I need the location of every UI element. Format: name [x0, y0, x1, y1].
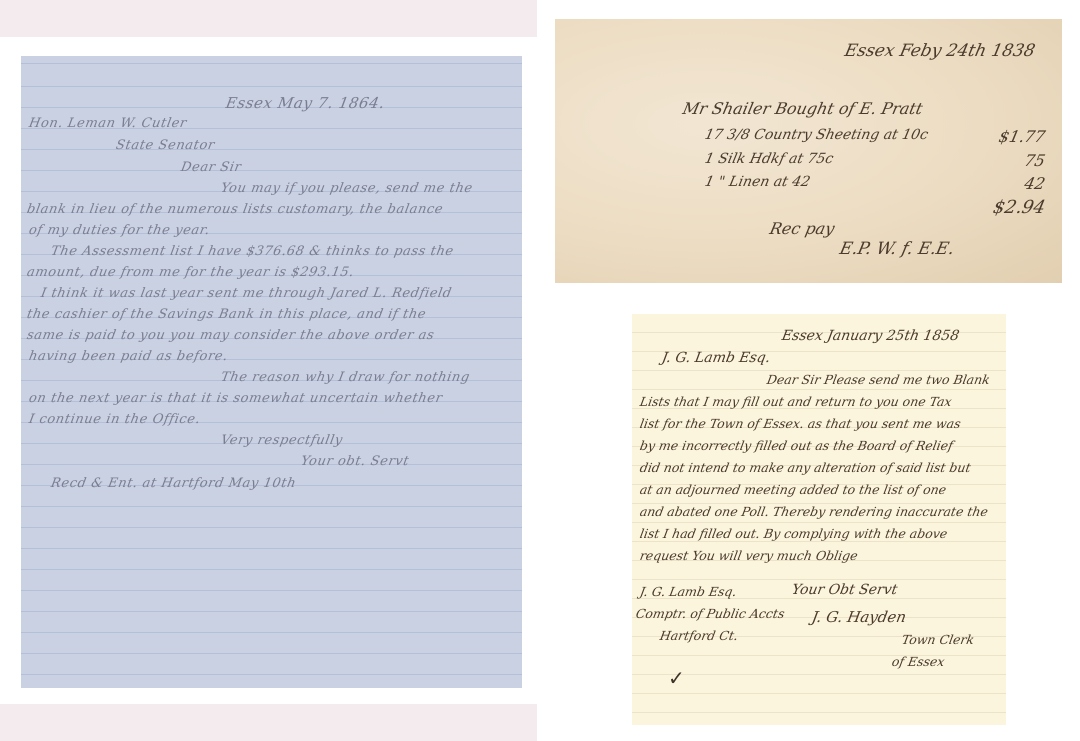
receipt-item-desc: 1 " Linen at 42 [703, 174, 811, 190]
receipt-total: $2.94 [953, 197, 1047, 218]
top-backdrop-band [0, 0, 537, 37]
letter-addressee: J. G. Lamb Esq. [661, 350, 772, 366]
letter-body-line: same is paid to you you may consider the… [26, 328, 436, 343]
letter-addressee: Hon. Leman W. Cutler [28, 116, 188, 131]
receipt-item-amount: 42 [963, 174, 1047, 193]
address-block-line: Hartford Ct. [659, 628, 740, 643]
check-mark-icon: ✓ [668, 666, 685, 690]
letter-body-line: the cashier of the Savings Bank in this … [26, 307, 428, 322]
letter-endorsement: Recd & Ent. at Hartford May 10th [50, 476, 298, 491]
receipt-signature: E.P. W. f. E.E. [838, 239, 956, 259]
letter-body-line: list for the Town of Essex. as that you … [639, 416, 962, 431]
letter-body-line: Lists that I may fill out and return to … [639, 394, 953, 409]
letter-body-line: having been paid as before. [28, 349, 229, 364]
receipt-header: Mr Shailer Bought of E. Pratt [681, 99, 924, 118]
letter-body-line: of my duties for the year. [28, 223, 212, 238]
receipt-received-label: Rec pay [768, 219, 836, 238]
letter-body-line: by me incorrectly filled out as the Boar… [639, 438, 955, 453]
letter-1864-blue-paper: Essex May 7. 1864. Hon. Leman W. Cutler … [21, 56, 522, 688]
letter-body-line: blank in lieu of the numerous lists cust… [26, 202, 445, 217]
signer-title: Town Clerk [901, 632, 976, 647]
letter-dateline: Essex January 25th 1858 [781, 328, 961, 344]
letter-body-line: list I had filled out. By complying with… [639, 526, 949, 541]
letter-addressee-title: State Senator [115, 138, 216, 153]
letter-body-line: request You will very much Oblige [639, 548, 859, 563]
letter-body-line: and abated one Poll. Thereby rendering i… [639, 504, 990, 519]
letter-body-line: The Assessment list I have $376.68 & thi… [50, 244, 455, 259]
letter-body-line: amount, due from me for the year is $293… [26, 265, 356, 280]
letter-salutation: Dear Sir [180, 160, 243, 175]
signer-town: of Essex [891, 654, 946, 669]
receipt-item-desc: 17 3/8 Country Sheeting at 10c [703, 127, 929, 143]
letter-body-line: Dear Sir Please send me two Blank [766, 372, 992, 387]
letter-closing: Your Obt Servt [791, 582, 899, 598]
letter-body-line: The reason why I draw for nothing [220, 370, 471, 385]
letter-1858-cream-paper: Essex January 25th 1858 J. G. Lamb Esq. … [632, 314, 1006, 725]
letter-body-line: on the next year is that it is somewhat … [28, 391, 444, 406]
receipt-dateline: Essex Feby 24th 1838 [843, 41, 1037, 61]
receipt-item-amount: 75 [963, 151, 1047, 170]
bottom-backdrop-band [0, 704, 537, 741]
receipt-item-desc: 1 Silk Hdkf at 75c [703, 151, 835, 167]
receipt-1838: Essex Feby 24th 1838 Mr Shailer Bought o… [555, 19, 1062, 283]
letter-body-line: You may if you please, send me the [220, 181, 474, 196]
letter-body-line: I think it was last year sent me through… [40, 286, 453, 301]
letter-signature: Your obt. Servt [300, 454, 411, 469]
receipt-item-amount: $1.77 [963, 127, 1047, 146]
letter-dateline: Essex May 7. 1864. [224, 94, 386, 112]
letter-closing: Very respectfully [220, 433, 344, 448]
letter-signature: J. G. Hayden [810, 608, 907, 626]
address-block-line: J. G. Lamb Esq. [639, 584, 738, 599]
address-block-line: Comptr. of Public Accts [635, 606, 786, 621]
letter-body-line: at an adjourned meeting added to the lis… [639, 482, 948, 497]
letter-body-line: did not intend to make any alteration of… [639, 460, 972, 475]
letter-body-line: I continue in the Office. [28, 412, 202, 427]
